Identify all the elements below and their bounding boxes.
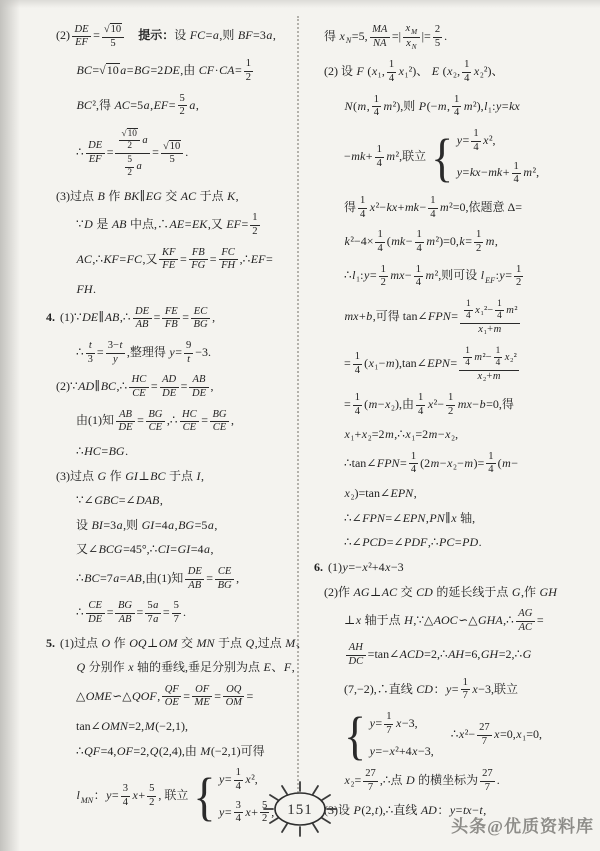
math-line: AHDC=tan∠ACD=2,∴AH=6,GH=2,∴G <box>314 641 600 669</box>
math-line: {y=17x−3,y=−x²+4x−3,∴x²−277x=0,x₁=0, <box>314 710 600 761</box>
math-line: △OME∽△QOF,QFOE=OFME=OQOM= <box>46 683 296 711</box>
math-line: Q 分别作 x 轴的垂线,垂足分别为点 E、F, <box>46 658 296 677</box>
equation-system: {y=17x−3,y=−x²+4x−3, <box>344 710 434 761</box>
math-line: mx+b,可得 tan∠FPN=14x₁²−14m²x₁+m <box>314 297 600 338</box>
math-line: ⊥x 轴于点 H,∵△AOC∽△GHA,∴AGAC= <box>314 607 600 635</box>
right-column: 得 xN=5,MANA=|xMxN|=25.(2) 设 F (x₁,14x₁²)… <box>314 20 600 833</box>
math-line: k²−4×14(mk−14m²)=0,k=12m, <box>314 228 600 256</box>
math-line: −mk+14m²,联立{y=14x²,y=kx−mk+14m², <box>314 127 600 188</box>
solutions-page: (2)DEEF=√105 提示：设 FC=a,则 BF=3a,BC=√10a=B… <box>46 20 596 833</box>
math-line: 6.(1)y=−x²+4x−3 <box>314 558 600 577</box>
math-line: ∴l₁:y=12mx−14m²,则可设 lEF:y=12 <box>314 263 600 291</box>
system-equation: y=17x−3, <box>369 710 434 738</box>
item-number: 4. <box>46 310 55 324</box>
system-equation: y=14x², <box>456 127 539 155</box>
item-number: 6. <box>314 560 323 574</box>
item-number: 5. <box>46 636 55 650</box>
math-line: ∴HC=BG. <box>46 442 296 461</box>
math-line: =14(x₁−m),tan∠EPN=14m²−14x₂²x₂+m <box>314 344 600 385</box>
math-line: ∴∠FPN=∠EPN,PN∥x 轴, <box>314 509 600 528</box>
math-line: =14(m−x₂),由14x²−12mx−b=0,得 <box>314 391 600 419</box>
equation-system: {y=14x²,y=kx−mk+14m², <box>431 127 539 188</box>
math-line: BC=√10a=BG=2DE,由 CF·CA=12 <box>46 57 296 85</box>
math-line: (2)作 AG⊥AC 交 CD 的延长线于点 G,作 GH <box>314 583 600 602</box>
math-line: 4.(1)∵DE∥AB,∴DEAB=FEFB=ECBG, <box>46 305 296 333</box>
math-line: x₂=277,∴点 D 的横坐标为277. <box>314 767 600 795</box>
math-line: ∴DEEF=√102a52a=√105. <box>46 126 296 181</box>
math-line: ∴QF=4,OF=2,Q(2,4),由 M(−2,1)可得 <box>46 742 296 761</box>
page-number: 151 <box>287 802 313 818</box>
math-line: 又∠BCG=45°,∴CI=GI=4a, <box>46 540 296 559</box>
math-line: 设 BI=3a,则 GI=4a,BG=5a, <box>46 516 296 535</box>
math-line: BC²,得 AC=5a,EF=52a, <box>46 92 296 120</box>
math-line: 5.(1)过点 O 作 OQ⊥OM 交 MN 于点 Q,过点 M、 <box>46 634 296 653</box>
math-line: x₁+x₂=2m,∴x₁=2m−x₂, <box>314 425 600 444</box>
math-line: 得 xN=5,MANA=|xMxN|=25. <box>314 22 600 52</box>
page-number-badge: 151 <box>252 778 348 845</box>
system-equation: y=−x²+4x−3, <box>369 742 434 761</box>
math-line: (2)DEEF=√105 提示：设 FC=a,则 BF=3a, <box>46 22 296 51</box>
math-line: 得14x²−kx+mk−14m²=0,依题意 Δ= <box>314 194 600 222</box>
math-line: tan∠OMN=2,M(−2,1), <box>46 717 296 736</box>
page-top-shadow <box>0 0 600 8</box>
math-line: (2)∵AD∥BC,∴HCCE=ADDE=ABDE, <box>46 373 296 401</box>
math-line: x₂)=tan∠EPN, <box>314 484 600 503</box>
watermark-text: 头条@优质资料库 <box>451 812 594 837</box>
math-line: ∴t3=3−ty,整理得 y=9t−3. <box>46 339 296 367</box>
left-column: (2)DEEF=√105 提示：设 FC=a,则 BF=3a,BC=√10a=B… <box>46 20 296 833</box>
math-line: 由(1)知ABDE=BGCE,∴HCCE=BGCE, <box>46 408 296 436</box>
math-line: (3)过点 G 作 GI⊥BC 于点 I, <box>46 467 296 486</box>
math-line: ∴CEDE=BGAB=5a7a=57. <box>46 599 296 627</box>
sun-doodle-icon: 151 <box>252 778 348 840</box>
page-binding-shadow <box>0 0 20 851</box>
math-line: (3)过点 B 作 BK∥EG 交 AC 于点 K, <box>46 187 296 206</box>
math-line: N(m,14m²),则 P(−m,14m²),l₁:y=kx <box>314 93 600 121</box>
math-line: FH. <box>46 280 296 299</box>
math-line: AC,∴KF=FC,又KFFE=FBFG=FCFH,∴EF= <box>46 246 296 274</box>
math-line: ∴BC=7a=AB,由(1)知DEAB=CEBG, <box>46 565 296 593</box>
math-line: (2) 设 F (x₁,14x₁²)、 E (x₂,14x₂²)、 <box>314 58 600 86</box>
math-line: ∵∠GBC=∠DAB, <box>46 491 296 510</box>
system-equation: y=kx−mk+14m², <box>456 160 539 188</box>
math-line: ∵D 是 AB 中点,∴AE=EK,又 EF=12 <box>46 211 296 239</box>
math-line: ∴tan∠FPN=14(2m−x₂−m)=14(m− <box>314 450 600 478</box>
math-line: (7,−2),∴直线 CD：y=17x−3,联立 <box>314 676 600 704</box>
math-line: ∴∠PCD=∠PDF,∴PC=PD. <box>314 533 600 552</box>
